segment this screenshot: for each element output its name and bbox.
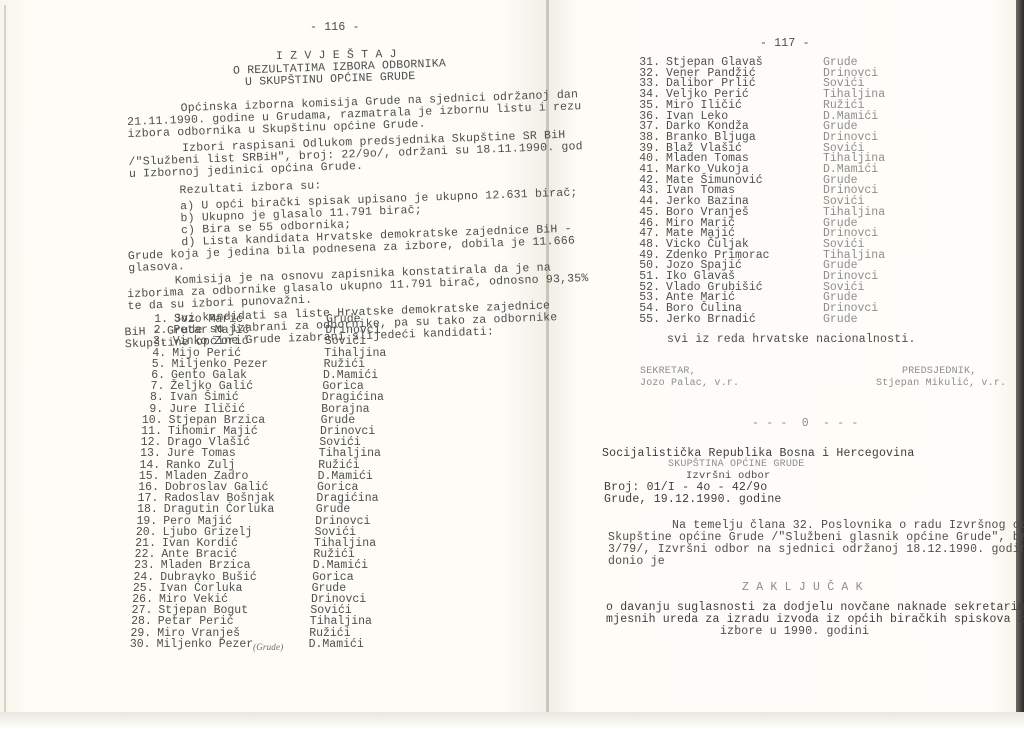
candidate-row: 55.Jerko BrnadićGrude [628, 314, 756, 326]
candidate-place: D.Mamići [309, 639, 364, 651]
nationality-note: svi iz reda hrvatske nacionalnosti. [667, 334, 916, 346]
section-separator: - - - 0 - - - [752, 418, 859, 430]
candidate-number: 55. [628, 314, 660, 326]
page-number-left: - 116 - [310, 22, 360, 34]
preamble-line-4: donio je [608, 556, 665, 568]
candidate-place: Grude [823, 314, 858, 326]
page-number-right: - 117 - [760, 38, 810, 50]
secretary-name: Jozo Palac, v.r. [640, 378, 739, 390]
result-d-cont-2: glasova. [128, 261, 185, 275]
secretary-title: SEKRETAR, [640, 366, 696, 378]
candidate-name: Jerko Brnadić [666, 313, 756, 326]
candidate-name: Miljenko Pezer [157, 638, 254, 651]
conclusion-line-3: izbore u 1990. godini [720, 626, 869, 638]
conclusion-title: Z A K L J U Č A K [742, 582, 863, 594]
candidate-row: 30.Miljenko PezerD.Mamići [119, 639, 254, 651]
handwritten-note: (Grude) [253, 641, 283, 653]
place-date: Grude, 19.12.1990. godine [604, 494, 782, 506]
president-title: PREDSJEDNIK, [902, 366, 976, 378]
page-edge-bottom [0, 712, 1024, 729]
candidate-number: 30. [119, 639, 151, 651]
preamble-line-3: 3/79/, Izvršni odbor na sjednici održano… [608, 544, 1024, 556]
page-edge-left [4, 5, 6, 715]
president-name: Stjepan Mikulić, v.r. [876, 378, 1006, 390]
